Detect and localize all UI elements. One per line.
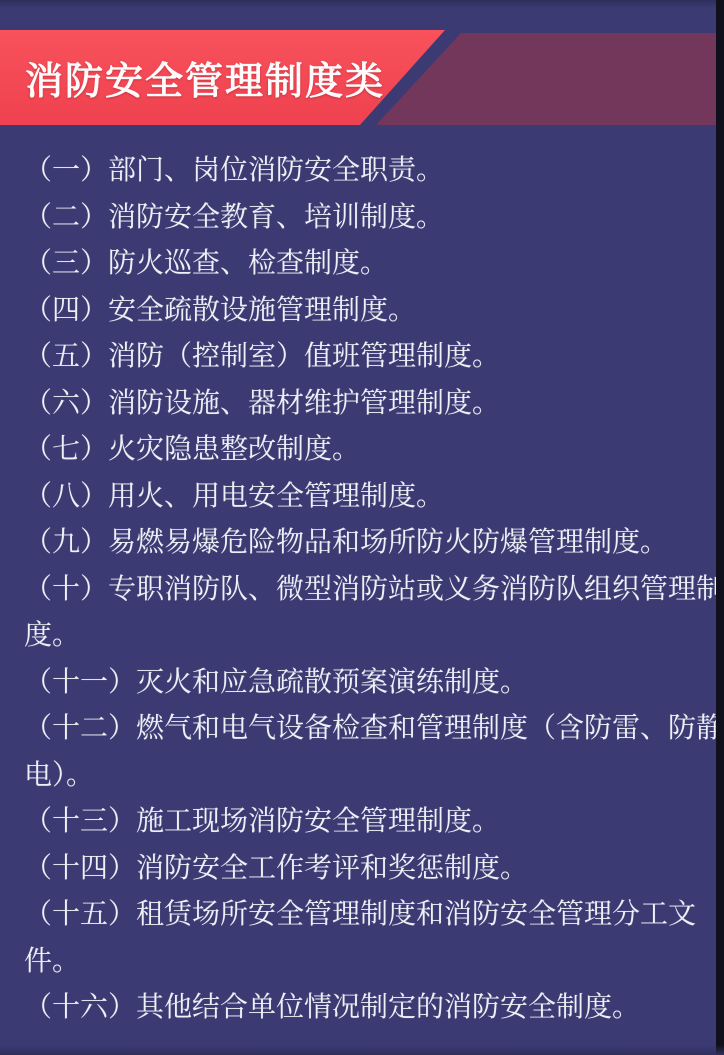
list-item: （十一）灭火和应急疏散预案演练制度。 bbox=[24, 659, 724, 706]
header-banner: 消防安全管理制度类 bbox=[0, 30, 724, 125]
list-item: （十）专职消防队、微型消防站或义务消防队组织管理制度。 bbox=[24, 566, 724, 659]
list-item: （十四）消防安全工作考评和奖惩制度。 bbox=[24, 845, 724, 892]
poster-canvas: 消防安全管理制度类 （一）部门、岗位消防安全职责。 （二）消防安全教育、培训制度… bbox=[0, 0, 724, 1055]
page-title: 消防安全管理制度类 bbox=[25, 30, 385, 125]
list-item: （二）消防安全教育、培训制度。 bbox=[24, 194, 724, 241]
photo-edge-strip bbox=[716, 0, 724, 1055]
fire-safety-rule-list: （一）部门、岗位消防安全职责。 （二）消防安全教育、培训制度。 （三）防火巡查、… bbox=[0, 147, 724, 1031]
list-item: （四）安全疏散设施管理制度。 bbox=[24, 287, 724, 334]
list-item: （九）易燃易爆危险物品和场所防火防爆管理制度。 bbox=[24, 519, 724, 566]
list-item: （六）消防设施、器材维护管理制度。 bbox=[24, 380, 724, 427]
list-item: （十六）其他结合单位情况制定的消防安全制度。 bbox=[24, 984, 724, 1031]
list-item: （五）消防（控制室）值班管理制度。 bbox=[24, 333, 724, 380]
list-item: （十三）施工现场消防安全管理制度。 bbox=[24, 798, 724, 845]
list-item: （一）部门、岗位消防安全职责。 bbox=[24, 147, 724, 194]
list-item: （八）用火、用电安全管理制度。 bbox=[24, 473, 724, 520]
list-item: （十五）租赁场所安全管理制度和消防安全管理分工文件。 bbox=[24, 891, 724, 984]
list-item: （七）火灾隐患整改制度。 bbox=[24, 426, 724, 473]
list-item: （十二）燃气和电气设备检查和管理制度（含防雷、防静电）。 bbox=[24, 705, 724, 798]
list-item: （三）防火巡查、检查制度。 bbox=[24, 240, 724, 287]
